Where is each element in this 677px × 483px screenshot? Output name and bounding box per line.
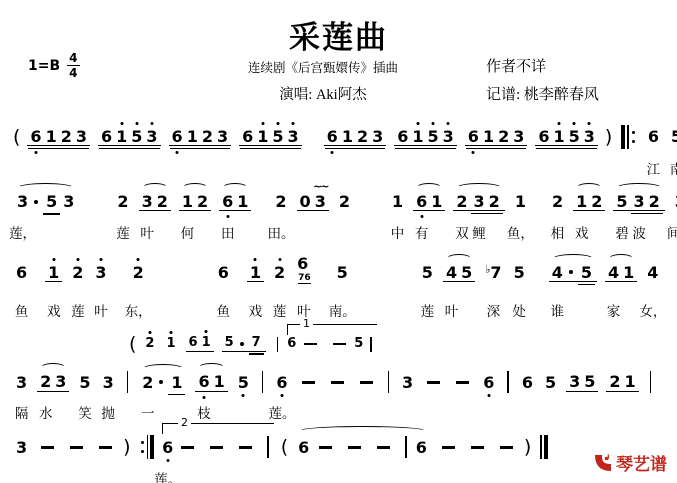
slur-group: 66 — [295, 436, 430, 458]
note-digit: 2 — [609, 372, 620, 391]
beam-group: 57 — [222, 336, 266, 351]
note-digit: 0 — [300, 192, 311, 211]
note-digit: 1 — [166, 336, 175, 351]
note: 3~~ — [315, 193, 326, 211]
note-digit: 5 — [428, 127, 439, 146]
barline — [388, 371, 390, 393]
key-signature: 1=B 4 4 — [28, 52, 80, 79]
slur-group: 21 — [139, 374, 187, 392]
beam-group: 6153 — [239, 128, 302, 147]
note-digit: 5 — [337, 263, 348, 282]
note: 3 — [217, 128, 228, 146]
note: 1 — [483, 128, 494, 146]
octave-dot-high — [261, 122, 264, 125]
page-title: 采莲曲 — [0, 0, 677, 57]
lyric: 江 — [647, 158, 661, 178]
note: 1 — [182, 193, 193, 211]
note: 4 — [647, 264, 658, 282]
note-digit: 3 — [17, 192, 28, 211]
lyrics-row: 江南可采 — [10, 158, 673, 175]
slur-group: 61 — [413, 193, 445, 212]
note-digit: 3 — [402, 373, 413, 392]
note: 1 — [202, 336, 211, 350]
beam-group: 03~~ — [297, 193, 329, 212]
note: 6 — [16, 264, 27, 282]
note: 2 — [339, 193, 350, 211]
note: 1 — [412, 128, 423, 146]
parenthesis: ( — [13, 127, 20, 148]
note: 6 — [218, 264, 229, 282]
note: 1 — [257, 128, 268, 146]
note-digit: 5 — [616, 192, 627, 211]
notes-row: (216157165 — [126, 318, 673, 357]
notation — [632, 131, 635, 134]
lyric: 双 — [455, 222, 469, 242]
note: 6 — [189, 336, 198, 350]
octave-dot-high — [573, 122, 576, 125]
note: 4 — [552, 264, 563, 282]
note-digit: 6 — [397, 127, 408, 146]
note-digit: 5 — [545, 373, 556, 392]
note: 2 — [489, 193, 500, 211]
duration-dash — [442, 446, 455, 449]
note: 5 — [79, 374, 90, 392]
note: 3 — [474, 193, 485, 211]
lyric: 戏 — [47, 300, 61, 320]
notation — [632, 140, 635, 143]
parenthesis: ( — [129, 334, 136, 355]
note-digit: 4 — [446, 263, 457, 282]
lyric: 碧 — [615, 222, 629, 242]
barline — [262, 371, 264, 393]
note-digit: 7 — [252, 335, 261, 350]
note-digit: 3 — [16, 438, 27, 457]
note: 5 — [337, 264, 348, 282]
lyric: 戏 — [575, 222, 589, 242]
note: 1 — [623, 264, 634, 282]
lyric: 莲， — [9, 222, 36, 242]
octave-dot-high — [76, 258, 79, 261]
note-digit: 6 — [483, 373, 494, 392]
score-line: 3532321261203~~216123212125323莲，莲叶何田田。中有… — [10, 176, 673, 239]
mordent-icon: ~~ — [313, 181, 327, 193]
note-digit: 5 — [569, 127, 580, 146]
note-digit: 3 — [315, 192, 326, 211]
octave-dot-low — [487, 394, 490, 397]
barline — [405, 436, 407, 458]
note: 6 — [30, 128, 41, 146]
note-digit: 1 — [202, 335, 211, 350]
octave-dot-high — [148, 331, 151, 334]
note-digit: 1 — [515, 192, 526, 211]
note-digit: 6 — [538, 127, 549, 146]
note: 1 — [171, 374, 182, 392]
subtitle: 连续剧《后宫甄嬛传》插曲 — [248, 58, 398, 76]
lyric: 隔 — [15, 402, 29, 422]
note: 6 — [538, 128, 549, 146]
note-digit: 2 — [157, 192, 168, 211]
note-digit: 6 — [416, 438, 427, 457]
slur-group: 23 — [37, 373, 69, 392]
note-digit: 5 — [131, 127, 142, 146]
time-denominator: 4 — [67, 65, 79, 79]
note-digit: 2 — [552, 192, 563, 211]
note: 1 — [625, 373, 636, 391]
note: 5 — [46, 193, 57, 211]
slur-group: 32 — [139, 193, 171, 212]
lyric: 莲 — [116, 222, 130, 242]
octave-dot-high — [292, 122, 295, 125]
note-digit: 6 — [218, 263, 229, 282]
author: 作者不详 — [486, 55, 599, 76]
note: 2 — [609, 373, 620, 391]
volta-number: 2 — [178, 417, 191, 429]
lyrics-row: 莲。 — [10, 468, 673, 483]
note-digit: 5 — [584, 372, 595, 391]
beam-group: 7 — [249, 336, 264, 350]
note-digit: 1 — [623, 263, 634, 282]
note-digit: 3 — [142, 192, 153, 211]
note: 3 — [16, 439, 27, 457]
note: 3 — [142, 193, 153, 211]
note: 1 — [48, 264, 59, 282]
lyric: 叶 — [94, 300, 108, 320]
note: 3 — [16, 374, 27, 392]
note: 6 — [287, 337, 296, 351]
note: 1 — [187, 128, 198, 146]
beam-group: 32 — [471, 193, 503, 211]
note: 2 — [591, 193, 602, 211]
note: 5 — [616, 193, 627, 211]
beam-group: 21 — [606, 373, 638, 392]
lyric: 何 — [181, 222, 195, 242]
note-digit: 2 — [649, 192, 660, 211]
note: 6 — [172, 128, 183, 146]
volta-number: 1 — [300, 318, 313, 330]
note: 6 — [101, 128, 112, 146]
octave-dot-high — [135, 122, 138, 125]
note: 3 — [634, 193, 645, 211]
note-digit: 3 — [288, 127, 299, 146]
lyric: 田。 — [267, 222, 294, 242]
note: 5 — [422, 264, 433, 282]
note-digit: 3 — [103, 373, 114, 392]
note: 3 — [443, 128, 454, 146]
note: 5 — [545, 374, 556, 392]
duration-dash — [302, 381, 315, 384]
note: 3 — [55, 373, 66, 391]
note-digit: 1 — [483, 127, 494, 146]
duration-dash — [471, 446, 484, 449]
note-digit: 3 — [95, 263, 106, 282]
octave-dot-high — [416, 122, 419, 125]
final-barline — [540, 435, 548, 459]
lyric: 谁 — [551, 300, 565, 320]
note-digit: 2 — [489, 192, 500, 211]
note: 6 — [397, 128, 408, 146]
note-digit: 3 — [372, 127, 383, 146]
slur-group: 12 — [573, 193, 605, 212]
note-digit: 2 — [145, 336, 154, 351]
note-digit: 4 — [608, 263, 619, 282]
lyrics-row: 莲，莲叶何田田。中有双鲤鱼，相戏碧波间。 — [10, 222, 673, 239]
octave-dot-high — [169, 331, 172, 334]
augmentation-dot — [240, 342, 244, 346]
notation — [141, 450, 144, 453]
note: 6 — [648, 128, 659, 146]
note: 2 — [649, 193, 660, 211]
lyric: 莲 — [273, 300, 287, 320]
note: 3 — [17, 193, 28, 211]
note: 2 — [72, 264, 83, 282]
note-digit: 1 — [554, 127, 565, 146]
note: 3 — [372, 128, 383, 146]
note: ♭7 — [485, 264, 501, 282]
note-digit: 1 — [392, 192, 403, 211]
notation — [147, 435, 149, 459]
note-digit: 1 — [576, 192, 587, 211]
note-digit: 6 — [327, 127, 338, 146]
slur-group: 61 — [219, 193, 251, 212]
note-digit: 5 — [461, 263, 472, 282]
lyric: 叶 — [140, 222, 154, 242]
lyrics-row: 鱼戏莲叶东，鱼戏莲叶南。莲叶深处谁家女， — [10, 300, 673, 317]
note-digit: 6 — [189, 335, 198, 350]
site-logo[interactable]: 琴艺谱 — [593, 450, 667, 475]
duration-dash — [333, 343, 346, 346]
sheet-music-page: { "header": { "title": "采莲曲", "key": "1=… — [0, 0, 677, 483]
note-digit: 2 — [197, 192, 208, 211]
note: 2 — [145, 337, 154, 351]
duration-dash — [319, 446, 332, 449]
note: 6 — [276, 374, 287, 392]
note: 1 — [214, 373, 225, 391]
lyric: 鱼， — [507, 222, 534, 242]
note: 1 — [46, 128, 57, 146]
note-digit: 1 — [182, 192, 193, 211]
note-digit: 2 — [61, 127, 72, 146]
note-digit: 5 — [238, 373, 249, 392]
lyric: 戏 — [249, 300, 263, 320]
note: 6 — [327, 128, 338, 146]
note-digit: 6 — [162, 438, 173, 457]
duration-dash — [377, 446, 390, 449]
note-digit: 5 — [581, 263, 592, 282]
note-digit: 2 — [40, 372, 51, 391]
repeat-end-sign — [140, 435, 155, 459]
note-digit: 6 — [242, 127, 253, 146]
note-digit: 2 — [339, 192, 350, 211]
beam-group: 5 — [43, 193, 60, 211]
lyric: 鱼 — [217, 300, 231, 320]
octave-dot-high — [205, 330, 208, 333]
slur-group: 12 — [179, 193, 211, 212]
barline — [370, 337, 372, 352]
note: 5 — [131, 128, 142, 146]
beam-group: 6123 — [324, 128, 387, 147]
note-digit: 6 — [276, 373, 287, 392]
note-digit: 1 — [625, 372, 636, 391]
note: 5 — [569, 128, 580, 146]
note: 5 — [514, 264, 525, 282]
lyric: 深 — [487, 300, 501, 320]
note: 2 — [117, 193, 128, 211]
note: 2 — [202, 128, 213, 146]
note-digit: 6 — [101, 127, 112, 146]
beam-group: 6123 — [169, 128, 232, 147]
note: 3 — [103, 374, 114, 392]
note: 7 — [252, 336, 261, 350]
octave-dot-low — [331, 151, 334, 154]
note: 6 — [468, 128, 479, 146]
parenthesis: ) — [605, 127, 612, 148]
octave-dot-high — [254, 258, 257, 261]
note: 5 — [354, 337, 363, 351]
notes-row: (61236153612361536123615361236153)653521 — [10, 110, 673, 158]
parenthesis: ) — [123, 437, 130, 458]
note: 6 — [416, 193, 427, 211]
score-line: 3)26(66)莲。 — [10, 420, 673, 483]
note: 6 — [162, 439, 173, 457]
beam-group: 6123 — [27, 128, 90, 147]
lyric: 相 — [551, 222, 565, 242]
duration-dash — [99, 446, 112, 449]
slur-group: 232 — [453, 193, 504, 212]
beam-group: 32 — [631, 193, 663, 211]
lyric: 鱼 — [15, 300, 29, 320]
note: 3 — [288, 128, 299, 146]
note-digit: 3 — [443, 127, 454, 146]
notation — [627, 125, 629, 149]
note-digit: 2 — [275, 192, 286, 211]
note: 1 — [237, 193, 248, 211]
key-text: 1=B — [28, 58, 60, 74]
note-digit: 5 — [79, 373, 90, 392]
note-digit: 3 — [16, 373, 27, 392]
note: 1 — [250, 264, 261, 282]
slur-group: 61 — [195, 373, 227, 392]
duration-dash — [304, 343, 317, 346]
notation — [141, 441, 144, 453]
barline — [507, 371, 509, 393]
note-digit: 3 — [474, 192, 485, 211]
note-digit: 1 — [46, 127, 57, 146]
note-digit: 6 — [287, 336, 296, 351]
note: 3 — [569, 373, 580, 391]
lyric: 中 — [391, 222, 405, 242]
note-digit: 3 — [513, 127, 524, 146]
logo-icon — [593, 453, 613, 473]
grace-notes: 76 — [298, 274, 311, 284]
note: 2 — [456, 193, 467, 211]
note-digit: 3 — [217, 127, 228, 146]
note-digit: 1 — [116, 127, 127, 146]
lyric: 有 — [415, 222, 429, 242]
note: 1 — [431, 193, 442, 211]
note-digit: 6 — [222, 192, 233, 211]
note: 6 — [416, 439, 427, 457]
octave-dot-low — [34, 151, 37, 154]
note-digit: 2 — [117, 192, 128, 211]
lyric: 田 — [221, 222, 235, 242]
octave-dot-low — [280, 394, 283, 397]
note-digit: 2 — [274, 263, 285, 282]
note-digit: 2 — [591, 192, 602, 211]
note: 5 — [581, 264, 592, 282]
note: 1 — [515, 193, 526, 211]
note-digit: 3 — [569, 372, 580, 391]
note-digit: 4 — [647, 263, 658, 282]
meta-center: 连续剧《后宫甄嬛传》插曲 演唱: Aki阿杰 — [248, 58, 398, 104]
lyric: 枝 — [197, 402, 211, 422]
note-digit: 2 — [72, 263, 83, 282]
note-digit: 1 — [342, 127, 353, 146]
transcriber: 记谱: 桃李醉春风 — [486, 83, 599, 104]
octave-dot-low — [242, 394, 245, 397]
meta-right: 作者不详 记谱: 桃李醉春风 — [486, 55, 599, 104]
note-digit: 2 — [357, 127, 368, 146]
slur-group: 532 — [613, 193, 664, 212]
note-digit: 5 — [514, 263, 525, 282]
notation — [621, 125, 625, 149]
note-digit: 2 — [202, 127, 213, 146]
octave-dot-high — [150, 122, 153, 125]
note-digit: 1 — [237, 192, 248, 211]
note: 2 — [133, 264, 144, 282]
note-digit: 6 — [522, 373, 533, 392]
note: 676 — [297, 255, 311, 291]
notes-row: 3235321615636653521 — [10, 356, 673, 402]
octave-dot-high — [137, 258, 140, 261]
lyric: 一 — [141, 402, 155, 422]
note: 4 — [608, 264, 619, 282]
duration-dash — [427, 381, 440, 384]
beam-group: 35 — [566, 373, 598, 392]
note: 1 — [392, 193, 403, 211]
notation — [544, 435, 548, 459]
note: 3 — [513, 128, 524, 146]
note-digit: 3 — [584, 127, 595, 146]
octave-dot-high — [99, 258, 102, 261]
beam-group: 1 — [247, 264, 264, 283]
octave-dot-low — [420, 215, 423, 218]
note: 2 — [157, 193, 168, 211]
note: 5 — [584, 373, 595, 391]
note: 6 — [222, 193, 233, 211]
beam-group: 1 — [45, 264, 62, 283]
logo-text: 琴艺谱 — [616, 450, 667, 475]
duration-dash — [360, 381, 373, 384]
note-digit: 5 — [46, 192, 57, 211]
octave-dot-high — [558, 122, 561, 125]
note: 2 — [61, 128, 72, 146]
note: 2 — [197, 193, 208, 211]
barline — [277, 337, 279, 352]
note-digit: 6 — [16, 263, 27, 282]
note: 2 — [142, 374, 153, 392]
octave-dot-low — [166, 459, 169, 462]
note: 5 — [461, 264, 472, 282]
note: 2 — [357, 128, 368, 146]
octave-dot-high — [278, 258, 281, 261]
notation — [141, 441, 144, 444]
note: 6 — [522, 374, 533, 392]
notes-row: 612326126765545♭7545414 — [10, 240, 673, 300]
lyric: 南 — [670, 158, 677, 178]
score: (61236153612361536123615361236153)653521… — [0, 110, 677, 483]
note-digit: 1 — [412, 127, 423, 146]
beam-group: 5 — [578, 264, 595, 282]
